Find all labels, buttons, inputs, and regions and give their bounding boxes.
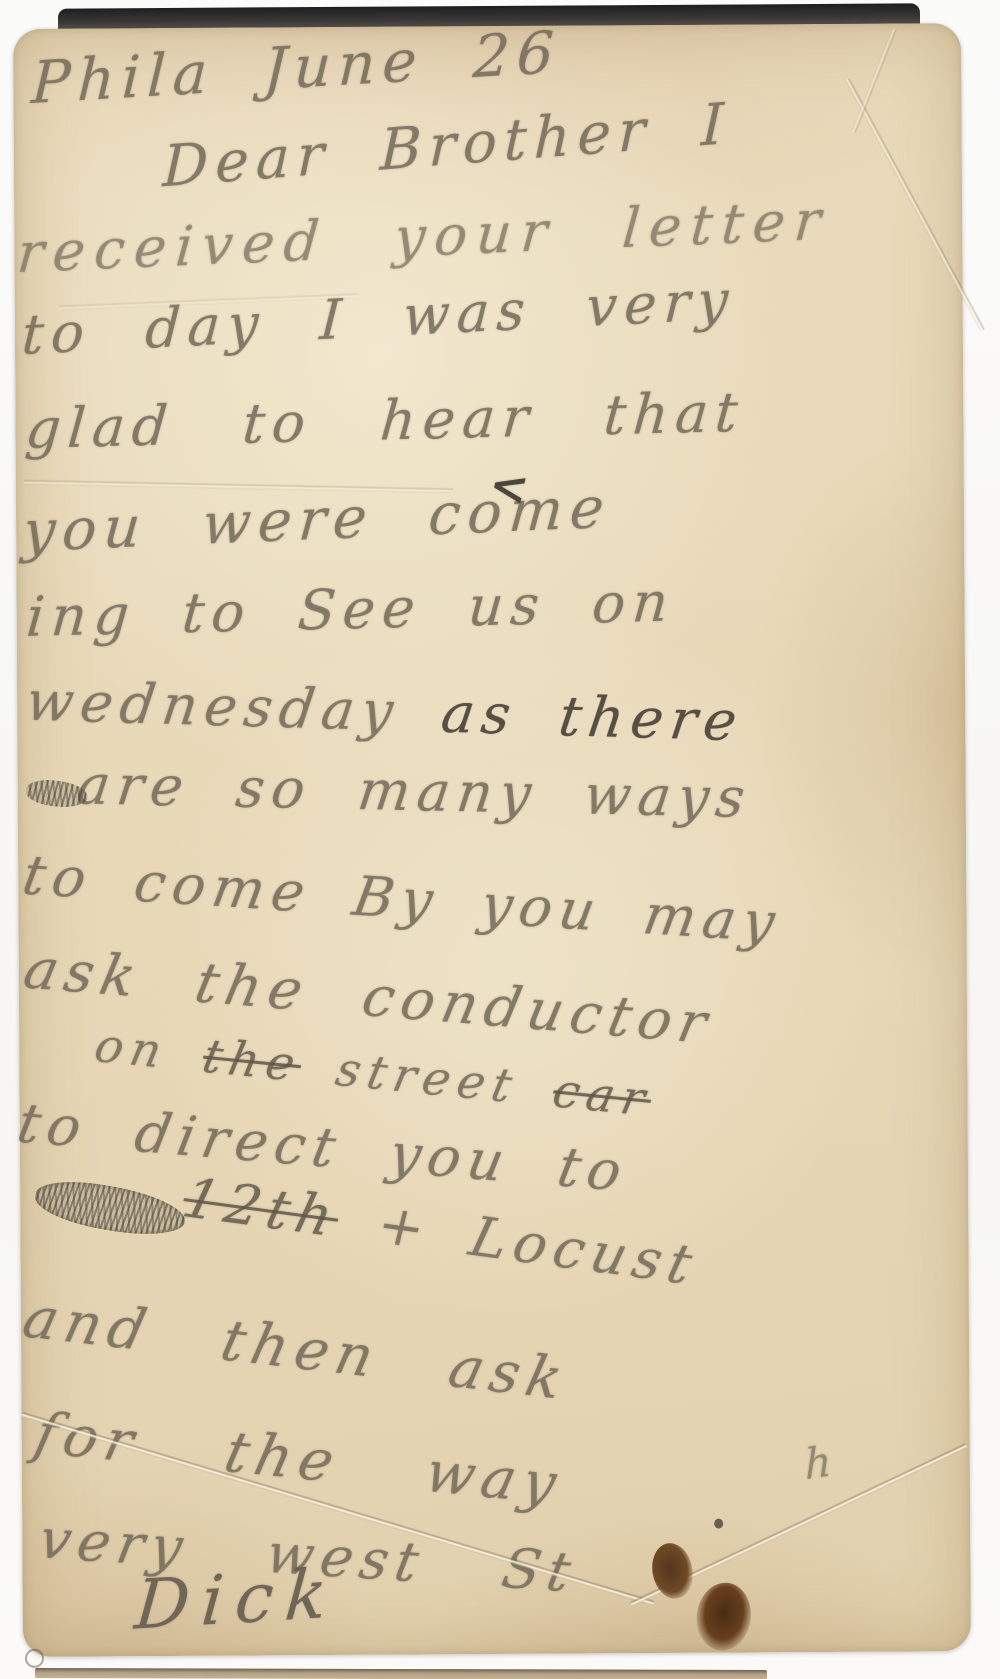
letter-line: and then ask: [17, 1285, 575, 1413]
struck-text-segment: the: [198, 1029, 307, 1093]
scribbled-out-word: [32, 1174, 189, 1243]
corner-crease-1: [845, 77, 986, 332]
adjacent-page-edge: [35, 1668, 767, 1679]
pencil-circle-mark: [25, 1649, 44, 1668]
letter-line: wednesday as there: [22, 669, 747, 753]
text-segment: on: [90, 1018, 209, 1083]
letter-paper: Phila June 26 Dear Brother I received yo…: [13, 23, 971, 1657]
corner-crease-2: [851, 27, 898, 133]
letter-signature: Dick: [132, 1554, 342, 1645]
text-segment: street: [295, 1039, 559, 1118]
emphasized-text-segment: as there: [438, 681, 748, 753]
letter-line: are so many ways: [73, 753, 755, 830]
text-segment: Phila June 26: [30, 18, 562, 117]
text-segment: and then ask: [17, 1285, 575, 1413]
letter-salutation: Dear Brother I: [162, 91, 732, 201]
stray-pencil-letter: h: [804, 1435, 840, 1489]
text-segment: ing to See us on: [24, 570, 677, 649]
brown-stain-large: [692, 1579, 755, 1654]
text-segment: to day I was very: [20, 267, 737, 367]
text-segment: to come By you may: [18, 843, 786, 955]
struck-text-segment: car: [548, 1064, 657, 1128]
text-segment: are so many ways: [73, 753, 755, 830]
letter-line: ing to See us on: [24, 570, 677, 649]
text-segment: glad to hear that: [23, 380, 747, 461]
letter-line: to come By you may: [18, 843, 786, 955]
letter-line: glad to hear that: [23, 380, 747, 461]
text-segment: + Locust: [331, 1187, 705, 1298]
letter-line: to day I was very: [20, 267, 737, 367]
text-segment: wednesday: [22, 669, 446, 745]
ink-dot: [714, 1519, 723, 1529]
letter-heading-date: Phila June 26: [30, 18, 562, 117]
scanned-letter-page: Phila June 26 Dear Brother I received yo…: [0, 0, 1000, 1679]
text-segment: Dear Brother I: [162, 91, 732, 201]
